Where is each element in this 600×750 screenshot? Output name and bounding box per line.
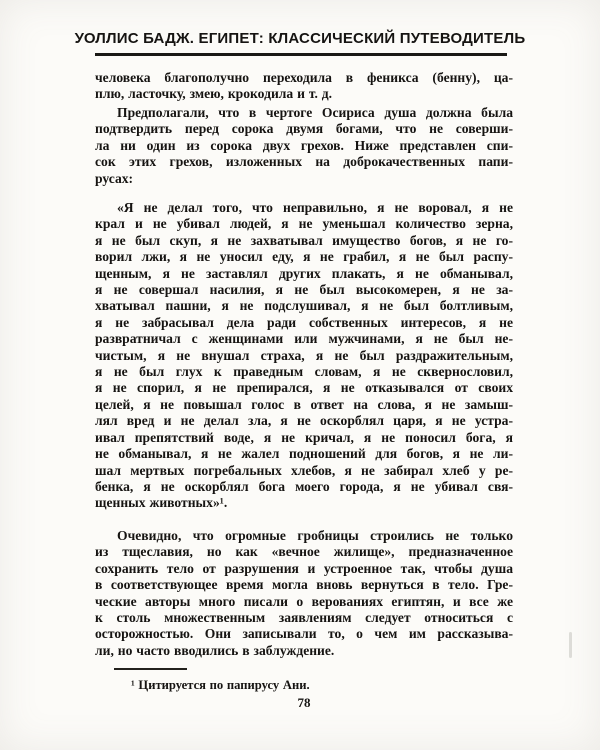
text-line: бенка, я не оскорблял бога моего города,… xyxy=(95,479,513,495)
text-line: развратничал с женщинами или мужчинами, … xyxy=(95,331,513,347)
text-line: я не спорил, я не препирался, я не отказ… xyxy=(95,380,513,396)
paragraph-continuation: человека благополучно переходила в феник… xyxy=(95,70,513,103)
text-line: русах: xyxy=(95,171,513,187)
book-page: УОЛЛИС БАДЖ. ЕГИПЕТ: КЛАССИЧЕСКИЙ ПУТЕВО… xyxy=(0,0,600,750)
text-line: целей, я не повышал голос в ответ на сло… xyxy=(95,397,513,413)
page-number: 78 xyxy=(95,695,513,711)
text-line: к столь множественным заявлениям следует… xyxy=(95,610,513,626)
paragraph-tombs: Очевидно, что огромные гробницы строилис… xyxy=(95,528,513,659)
text-line: я не был скуп, я не захватывал имущество… xyxy=(95,233,513,249)
text-line: сок этих грехов, изложенных на доброкаче… xyxy=(95,154,513,170)
text-line: чистым, я не внушал страха, я не был раз… xyxy=(95,348,513,364)
header-rule xyxy=(95,53,507,56)
footnote: ¹ Цитируется по папирусу Ани. xyxy=(95,677,513,693)
text-line: хватывал пашни, я не подслушивал, я не б… xyxy=(95,298,513,314)
text-line: из тщеславия, но как «вечное жилище», пр… xyxy=(95,544,513,560)
quote-negative-confession: «Я не делал того, что неправильно, я не … xyxy=(95,200,513,512)
text-line: крал и не убивал людей, я не уменьшал ко… xyxy=(95,216,513,232)
text-line: Предполагали, что в чертоге Осириса душа… xyxy=(95,105,513,121)
text-line: Очевидно, что огромные гробницы строилис… xyxy=(95,528,513,544)
text-line: подтвердить перед сорока двумя богами, ч… xyxy=(95,121,513,137)
scan-artifact xyxy=(569,632,572,658)
text-line: ивал препятствий воде, я не кричал, я не… xyxy=(95,430,513,446)
text-line: человека благополучно переходила в феник… xyxy=(95,70,513,86)
paragraph-intro: Предполагали, что в чертоге Осириса душа… xyxy=(95,105,513,187)
text-line: щенных животных»¹. xyxy=(95,495,513,511)
running-header-title: УОЛЛИС БАДЖ. ЕГИПЕТ: КЛАССИЧЕСКИЙ ПУТЕВО… xyxy=(0,30,600,47)
text-line: ла ни один из сорока двух грехов. Ниже п… xyxy=(95,138,513,154)
text-line: «Я не делал того, что неправильно, я не … xyxy=(95,200,513,216)
text-line: ворил лжи, я не уносил еду, я не грабил,… xyxy=(95,249,513,265)
text-line: лял вред и не делал зла, я не оскорблял … xyxy=(95,413,513,429)
text-line: шал мертвых погребальных хлебов, я не за… xyxy=(95,463,513,479)
text-line: не обманывал, я не жалел подношений для … xyxy=(95,446,513,462)
text-line: в соответствующее время могла вновь верн… xyxy=(95,577,513,593)
footnote-rule xyxy=(114,668,187,670)
text-line: ческие авторы много писали о верованиях … xyxy=(95,594,513,610)
text-line: я не забрасывал дела ради собственных ин… xyxy=(95,315,513,331)
text-line: ли, но часто вводились в заблуждение. xyxy=(95,643,513,659)
text-line: ¹ Цитируется по папирусу Ани. xyxy=(95,677,513,693)
text-line: плю, ласточку, змею, крокодила и т. д. xyxy=(95,86,513,102)
text-line: сохранить тело от разрушения и устроенно… xyxy=(95,561,513,577)
text-line: я не был глух к праведным словам, я не с… xyxy=(95,364,513,380)
text-line: щенным, я не заставлял других плакать, я… xyxy=(95,266,513,282)
text-line: осторожностью. Они записывали то, о чем … xyxy=(95,626,513,642)
text-line: я не совершал насилия, я не был высокоме… xyxy=(95,282,513,298)
